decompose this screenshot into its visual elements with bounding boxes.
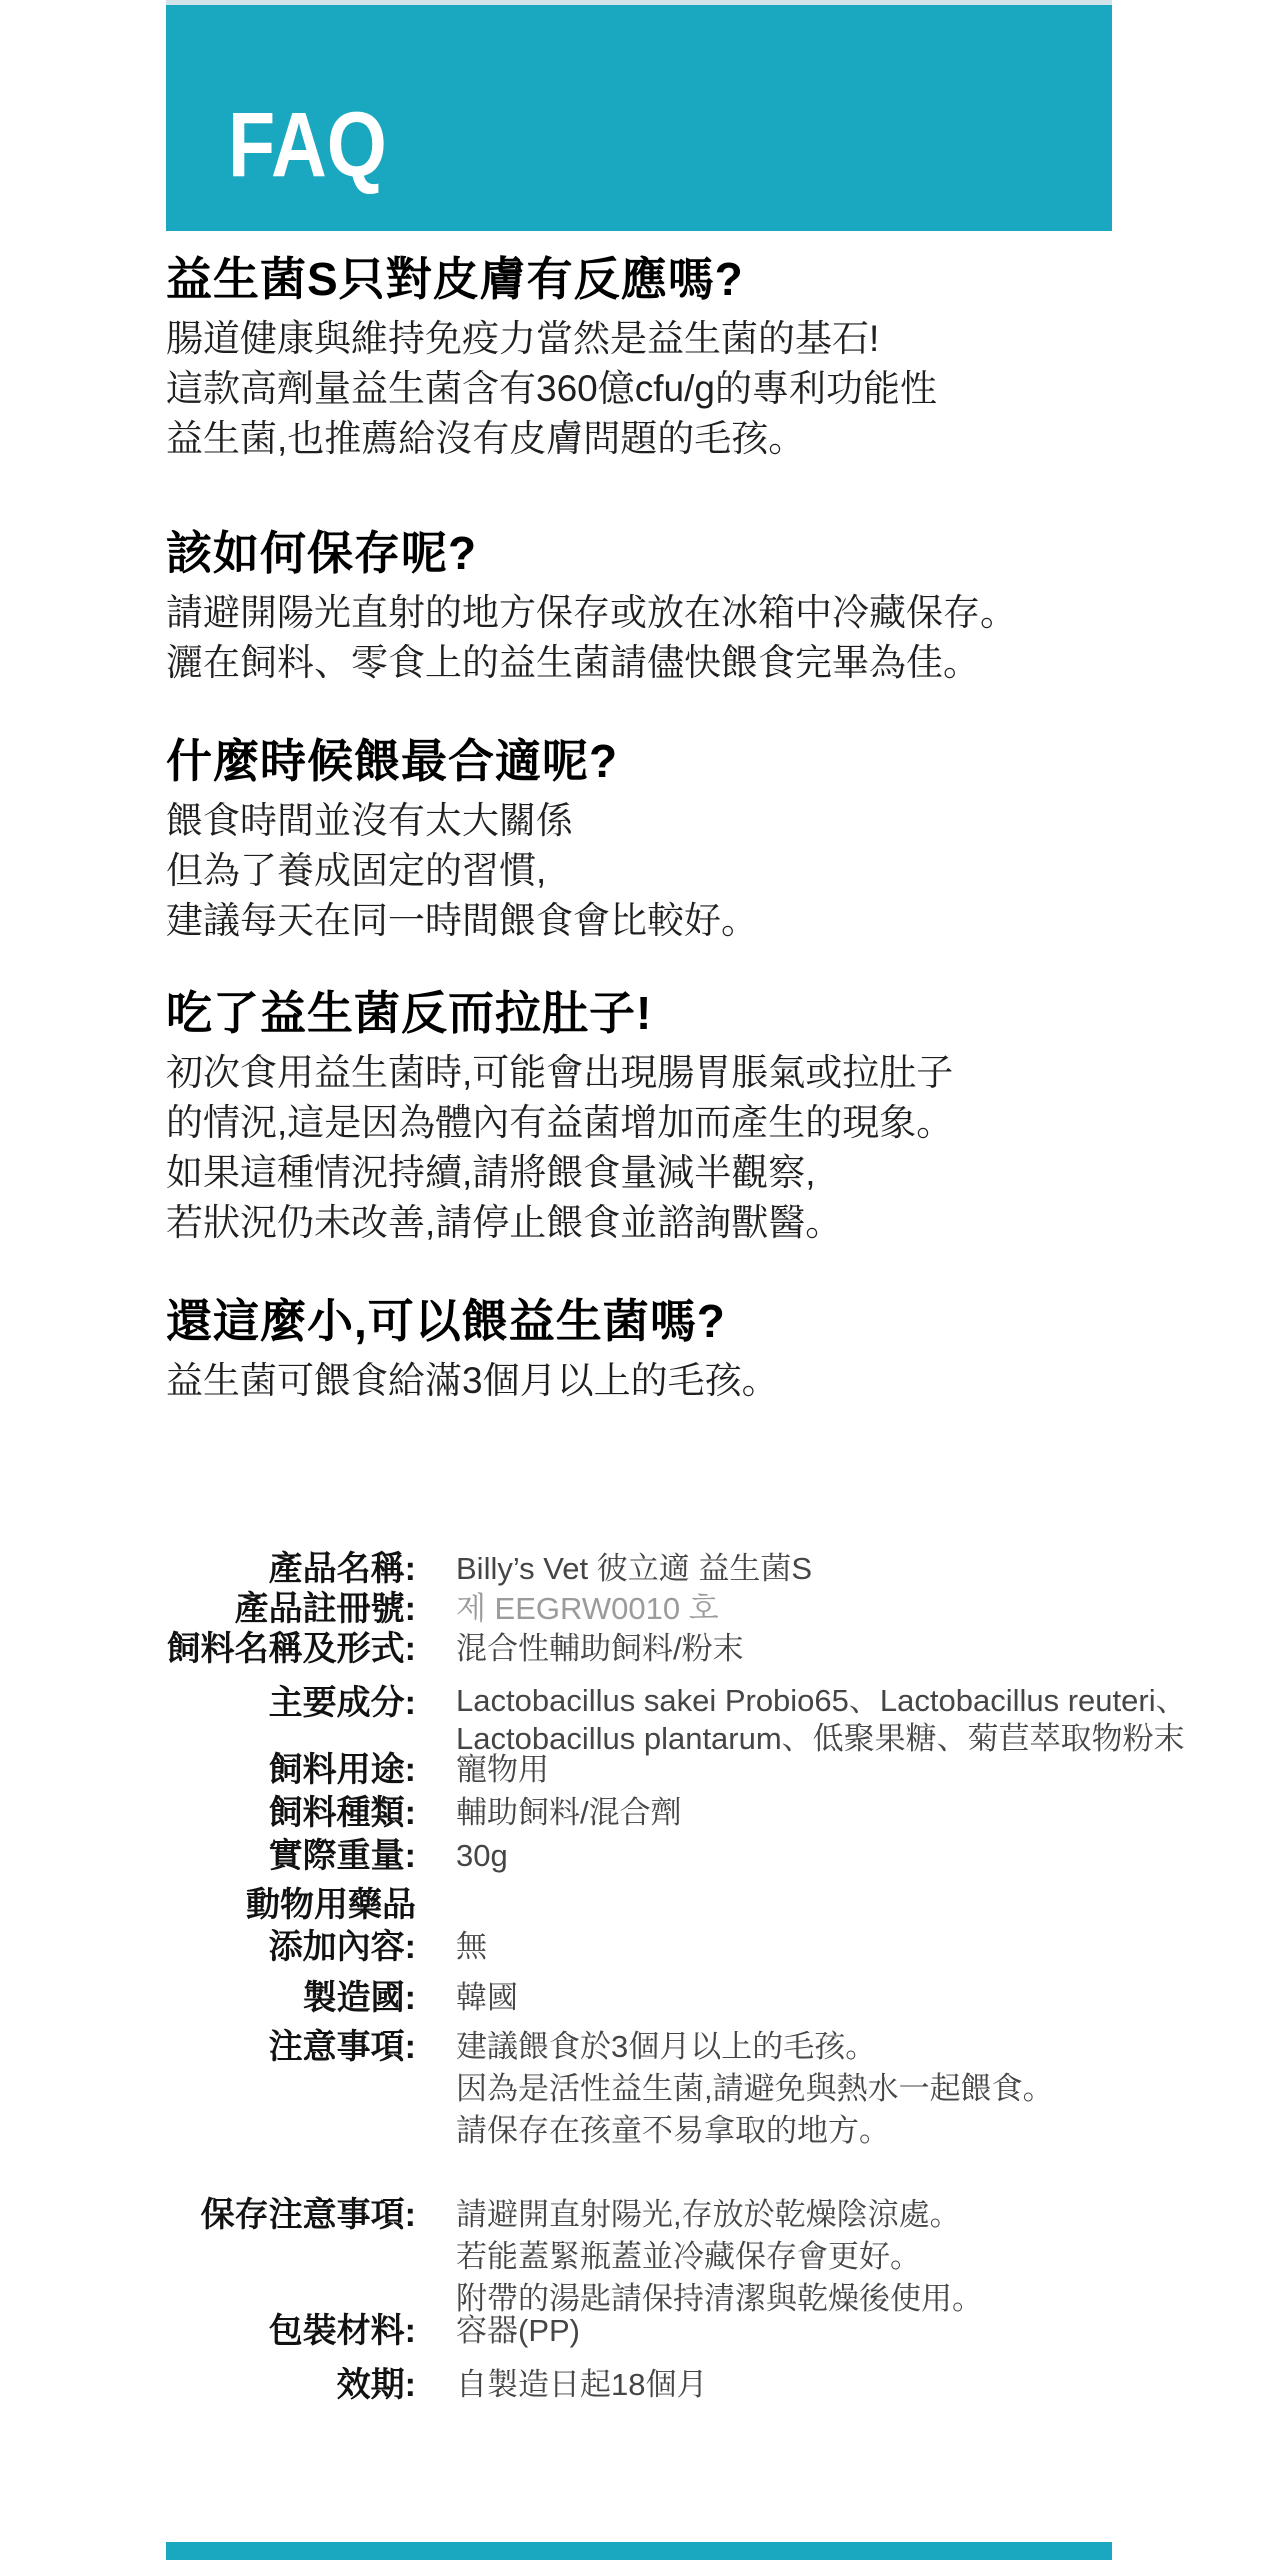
answer-line: 但為了養成固定的習慣, (166, 846, 1126, 896)
spec-label: 動物用藥品添加內容: (146, 1884, 416, 1968)
spec-value: 建議餵食於3個月以上的毛孩。因為是活性益生菌,請避免與熱水一起餵食。請保存在孩童… (456, 2026, 1126, 2152)
spec-value: 韓國 (456, 1977, 1126, 2019)
spec-label: 製造國: (146, 1977, 416, 2019)
spec-label-line: 製造國: (146, 1977, 416, 2019)
spec-value: 混合性輔助飼料/粉末 (456, 1628, 1126, 1670)
answer-line: 請避開陽光直射的地方保存或放在冰箱中冷藏保存。 (166, 588, 1126, 638)
table-row: 注意事項: 建議餵食於3個月以上的毛孩。因為是活性益生菌,請避免與熱水一起餵食。… (146, 2026, 1126, 2152)
spec-label-line: 實際重量: (146, 1835, 416, 1877)
table-row: 產品名稱: Billy’s Vet 彼立適 益生菌S (146, 1548, 1126, 1590)
spec-label: 實際重量: (146, 1835, 416, 1877)
faq-section-2: 該如何保存呢? 請避開陽光直射的地方保存或放在冰箱中冷藏保存。灑在飼料、零食上的… (166, 524, 1126, 688)
spec-value: 自製造日起18個月 (456, 2364, 1126, 2406)
spec-label: 保存注意事項: (146, 2194, 416, 2236)
spec-label: 注意事項: (146, 2026, 416, 2068)
spec-value-line: 無 (456, 1926, 1126, 1968)
table-row: 製造國: 韓國 (146, 1977, 1126, 2019)
spec-value: 無 (456, 1884, 1126, 1968)
answer-line: 益生菌可餵食給滿3個月以上的毛孩。 (166, 1356, 1126, 1406)
answer-line: 餵食時間並沒有太大關係 (166, 796, 1126, 846)
answer-line: 這款高劑量益生菌含有360億cfu/g的專利功能性 (166, 364, 1126, 414)
spec-value-line: 因為是活性益生菌,請避免與熱水一起餵食。 (456, 2068, 1126, 2110)
spec-label-line: 飼料種類: (146, 1792, 416, 1834)
product-faq-page: FAQ 益生菌S只對皮膚有反應嗎? 腸道健康與維持免疫力當然是益生菌的基石!這款… (0, 0, 1280, 2560)
spec-value: 容器(PP) (456, 2310, 1126, 2352)
faq-section-1: 益生菌S只對皮膚有反應嗎? 腸道健康與維持免疫力當然是益生菌的基石!這款高劑量益… (166, 250, 1126, 464)
spec-value-line: 若能蓋緊瓶蓋並冷藏保存會更好。 (456, 2236, 1126, 2278)
spec-value-line: Billy’s Vet 彼立適 益生菌S (456, 1548, 1126, 1590)
spec-label: 包裝材料: (146, 2310, 416, 2352)
answer: 請避開陽光直射的地方保存或放在冰箱中冷藏保存。灑在飼料、零食上的益生菌請儘快餵食… (166, 588, 1126, 688)
answer-line: 如果這種情況持續,請將餵食量減半觀察, (166, 1148, 1126, 1198)
spec-value-line: 請保存在孩童不易拿取的地方。 (456, 2110, 1126, 2152)
spec-value-line: 寵物用 (456, 1749, 1126, 1791)
answer: 腸道健康與維持免疫力當然是益生菌的基石!這款高劑量益生菌含有360億cfu/g的… (166, 314, 1126, 464)
spec-label-line: 動物用藥品 (146, 1884, 416, 1926)
spec-label-line: 包裝材料: (146, 2310, 416, 2352)
spec-label: 飼料名稱及形式: (146, 1628, 416, 1670)
faq-section-3: 什麼時候餵最合適呢? 餵食時間並沒有太大關係但為了養成固定的習慣,建議每天在同一… (166, 732, 1126, 946)
table-row: 產品註冊號: 제 EEGRW0010 호 (146, 1588, 1126, 1630)
answer-line: 初次食用益生菌時,可能會出現腸胃脹氣或拉肚子 (166, 1048, 1126, 1098)
spec-label: 飼料用途: (146, 1749, 416, 1791)
spec-value-line: 建議餵食於3個月以上的毛孩。 (456, 2026, 1126, 2068)
table-row: 飼料用途: 寵物用 (146, 1749, 1126, 1791)
faq-content: 益生菌S只對皮膚有反應嗎? 腸道健康與維持免疫力當然是益生菌的基石!這款高劑量益… (166, 250, 1126, 1406)
table-row: 包裝材料: 容器(PP) (146, 2310, 1126, 2352)
spec-value: 請避開直射陽光,存放於乾燥陰涼處。若能蓋緊瓶蓋並冷藏保存會更好。附帶的湯匙請保持… (456, 2194, 1126, 2320)
spec-value-line: 自製造日起18個月 (456, 2364, 1126, 2406)
spec-label-line: 添加內容: (146, 1926, 416, 1968)
spec-label: 效期: (146, 2364, 416, 2406)
table-row: 動物用藥品添加內容: 無 (146, 1884, 1126, 1968)
spec-label: 主要成分: (146, 1682, 416, 1724)
spec-value-line: 30g (456, 1835, 1126, 1877)
spec-value-line: 請避開直射陽光,存放於乾燥陰涼處。 (456, 2194, 1126, 2236)
answer-line: 灑在飼料、零食上的益生菌請儘快餵食完畢為佳。 (166, 638, 1126, 688)
answer-line: 腸道健康與維持免疫力當然是益生菌的基石! (166, 314, 1126, 364)
spec-value-line: 제 EEGRW0010 호 (456, 1588, 1126, 1630)
faq-title: FAQ (228, 99, 387, 191)
spec-label-line: 產品註冊號: (146, 1588, 416, 1630)
question-heading: 該如何保存呢? (166, 524, 1126, 582)
faq-banner: FAQ (166, 5, 1112, 231)
answer-line: 的情況,這是因為體內有益菌增加而產生的現象。 (166, 1098, 1126, 1148)
table-row: 效期: 自製造日起18個月 (146, 2364, 1126, 2406)
question-heading: 吃了益生菌反而拉肚子! (166, 984, 1126, 1042)
spec-value-line: Lactobacillus sakei Probio65、Lactobacill… (456, 1682, 1187, 1720)
question-heading: 什麼時候餵最合適呢? (166, 732, 1126, 790)
answer-line: 益生菌,也推薦給沒有皮膚問題的毛孩。 (166, 414, 1126, 464)
table-row: 保存注意事項: 請避開直射陽光,存放於乾燥陰涼處。若能蓋緊瓶蓋並冷藏保存會更好。… (146, 2194, 1126, 2320)
answer: 餵食時間並沒有太大關係但為了養成固定的習慣,建議每天在同一時間餵食會比較好。 (166, 796, 1126, 946)
table-row: 飼料種類: 輔助飼料/混合劑 (146, 1792, 1126, 1834)
bottom-bar (166, 2542, 1112, 2560)
table-row: 實際重量: 30g (146, 1835, 1126, 1877)
spec-value: 제 EEGRW0010 호 (456, 1588, 1126, 1630)
spec-value-line: 混合性輔助飼料/粉末 (456, 1628, 1126, 1670)
spec-label-line: 保存注意事項: (146, 2194, 416, 2236)
spec-label-line: 效期: (146, 2364, 416, 2406)
table-row: 飼料名稱及形式: 混合性輔助飼料/粉末 (146, 1628, 1126, 1670)
faq-section-5: 還這麼小,可以餵益生菌嗎? 益生菌可餵食給滿3個月以上的毛孩。 (166, 1292, 1126, 1406)
spec-label-line: 產品名稱: (146, 1548, 416, 1590)
question-heading: 還這麼小,可以餵益生菌嗎? (166, 1292, 1126, 1350)
spec-label-line: 主要成分: (146, 1682, 416, 1724)
spec-value: Lactobacillus sakei Probio65、Lactobacill… (456, 1682, 1187, 1758)
answer: 初次食用益生菌時,可能會出現腸胃脹氣或拉肚子的情況,這是因為體內有益菌增加而產生… (166, 1048, 1126, 1248)
spec-value: Billy’s Vet 彼立適 益生菌S (456, 1548, 1126, 1590)
answer: 益生菌可餵食給滿3個月以上的毛孩。 (166, 1356, 1126, 1406)
spec-label: 飼料種類: (146, 1792, 416, 1834)
spec-value: 寵物用 (456, 1749, 1126, 1791)
spec-value: 輔助飼料/混合劑 (456, 1792, 1126, 1834)
spec-label-line: 飼料名稱及形式: (146, 1628, 416, 1670)
spec-value: 30g (456, 1835, 1126, 1877)
table-row: 主要成分: Lactobacillus sakei Probio65、Lacto… (146, 1682, 1126, 1758)
spec-label-line: 注意事項: (146, 2026, 416, 2068)
spec-label: 產品名稱: (146, 1548, 416, 1590)
faq-section-4: 吃了益生菌反而拉肚子! 初次食用益生菌時,可能會出現腸胃脹氣或拉肚子的情況,這是… (166, 984, 1126, 1248)
answer-line: 若狀況仍未改善,請停止餵食並諮詢獸醫。 (166, 1198, 1126, 1248)
spec-label-line: 飼料用途: (146, 1749, 416, 1791)
spec-value-line: 容器(PP) (456, 2310, 1126, 2352)
question-heading: 益生菌S只對皮膚有反應嗎? (166, 250, 1126, 308)
answer-line: 建議每天在同一時間餵食會比較好。 (166, 896, 1126, 946)
spec-label: 產品註冊號: (146, 1588, 416, 1630)
spec-value-line: 韓國 (456, 1977, 1126, 2019)
spec-value-line: 輔助飼料/混合劑 (456, 1792, 1126, 1834)
